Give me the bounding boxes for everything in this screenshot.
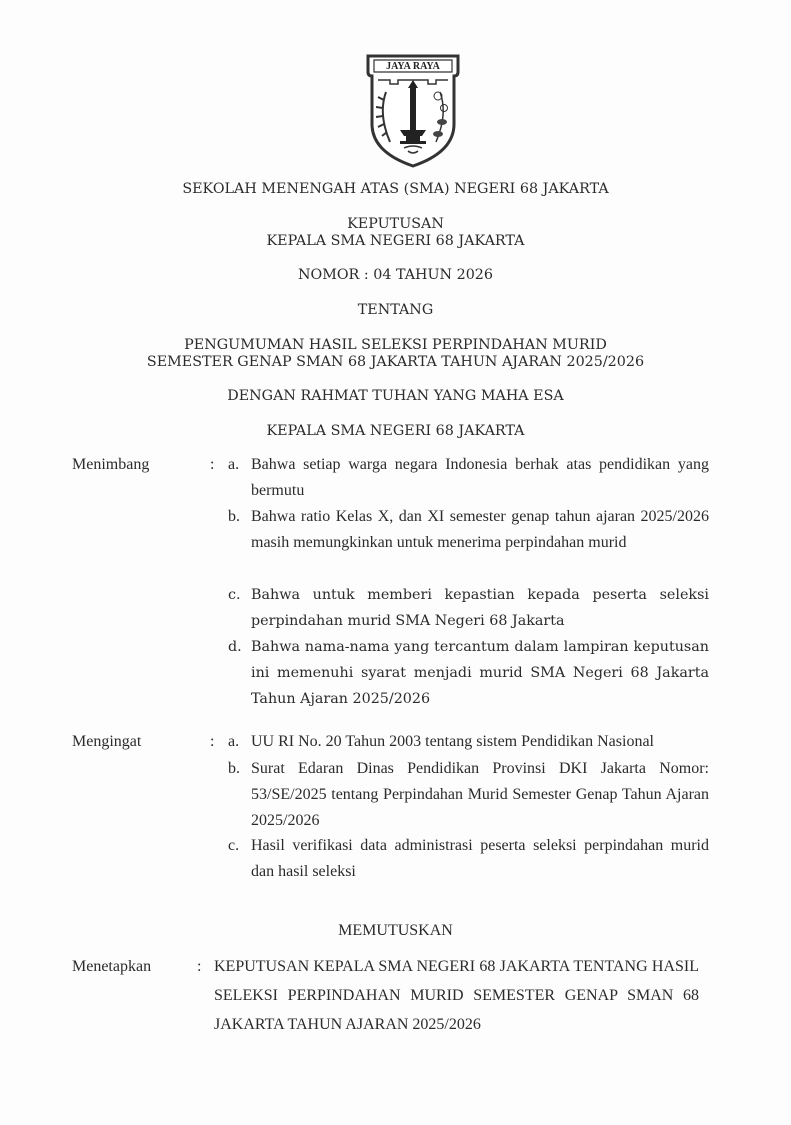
subject-line-2: SEMESTER GENAP SMAN 68 JAKARTA TAHUN AJA…	[0, 354, 791, 370]
subject-line-1: PENGUMUMAN HASIL SELEKSI PERPINDAHAN MUR…	[0, 337, 791, 353]
decree-number: NOMOR : 04 TAHUN 2026	[0, 267, 791, 283]
blessing: DENGAN RAHMAT TUHAN YANG MAHA ESA	[0, 388, 791, 404]
issuer: KEPALA SMA NEGERI 68 JAKARTA	[0, 233, 791, 249]
jakarta-jaya-raya-emblem-icon: JAYA RAYA	[364, 52, 462, 170]
menimbang-colon: :	[210, 456, 214, 474]
mengingat-colon: :	[210, 733, 214, 751]
doc-type: KEPUTUSAN	[0, 216, 791, 232]
menetapkan-label: Menetapkan	[72, 958, 151, 976]
authority: KEPALA SMA NEGERI 68 JAKARTA	[0, 423, 791, 439]
school-name: SEKOLAH MENENGAH ATAS (SMA) NEGERI 68 JA…	[0, 181, 791, 197]
menetapkan-text: KEPUTUSAN KEPALA SMA NEGERI 68 JAKARTA T…	[214, 952, 699, 1039]
memutuskan-heading: MEMUTUSKAN	[0, 922, 791, 940]
menimbang-label: Menimbang	[72, 456, 149, 474]
svg-text:JAYA RAYA: JAYA RAYA	[386, 61, 441, 72]
document-page: JAYA RAYA SEKOLAH MENENGAH ATAS (SMA) NE…	[0, 0, 791, 1125]
menetapkan-colon: :	[197, 958, 201, 976]
about-heading: TENTANG	[0, 302, 791, 318]
mengingat-label: Mengingat	[72, 733, 141, 751]
